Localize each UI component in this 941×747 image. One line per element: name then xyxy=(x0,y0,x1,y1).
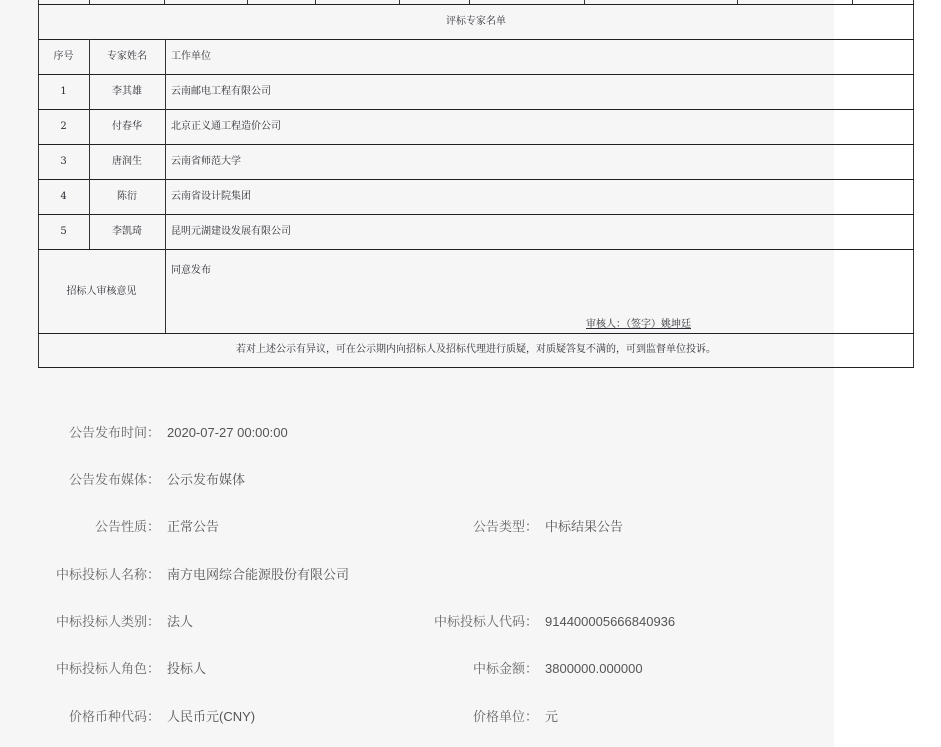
table-border-right xyxy=(913,0,914,368)
review-opinion: 同意发布 xyxy=(171,265,211,277)
row-employer: 云南省设计院集团 xyxy=(171,191,251,203)
col-divider-seq xyxy=(89,39,90,249)
objection-notice: 若对上述公示有异议，可在公示期内向招标人及招标代理进行质疑，对质疑答复不满的，可… xyxy=(38,344,914,356)
row-employer: 云南邮电工程有限公司 xyxy=(171,86,271,98)
col-divider-name xyxy=(165,39,166,333)
type-value: 中标结果公告 xyxy=(545,519,623,535)
reviewer-signature: 审核人：（签字）姚坤廷 xyxy=(586,319,691,331)
publish-time-label: 公告发布时间： xyxy=(69,425,160,441)
currency-code-label: 价格币种代码： xyxy=(69,709,160,725)
winner-name-value: 南方电网综合能源股份有限公司 xyxy=(167,567,349,583)
publish-media-label: 公告发布媒体： xyxy=(69,472,160,488)
price-unit-label: 价格单位： xyxy=(473,709,538,725)
row-rule xyxy=(38,249,914,250)
nature-value: 正常公告 xyxy=(167,519,219,535)
row-rule xyxy=(38,367,914,368)
winner-role-label: 中标投标人角色： xyxy=(56,661,160,677)
row-seq: 2 xyxy=(38,121,89,133)
winner-code-value: 914400005666840936 xyxy=(545,614,675,630)
type-label: 公告类型： xyxy=(473,519,538,535)
publish-time-value: 2020-07-27 00:00:00 xyxy=(167,425,288,441)
row-name: 唐润生 xyxy=(89,156,165,168)
row-name: 李凯琦 xyxy=(89,226,165,238)
header-employer: 工作单位 xyxy=(171,51,211,63)
currency-code-value: 人民币元(CNY) xyxy=(167,709,255,725)
header-name: 专家姓名 xyxy=(89,51,165,63)
row-seq: 3 xyxy=(38,156,89,168)
row-employer: 北京正义通工程造价公司 xyxy=(171,121,281,133)
row-rule xyxy=(38,333,914,334)
winner-role-value: 投标人 xyxy=(167,661,206,677)
row-name: 付春华 xyxy=(89,121,165,133)
row-rule xyxy=(38,74,914,75)
table-title: 评标专家名单 xyxy=(38,16,914,28)
page: 评标专家名单 序号 专家姓名 工作单位 1 李其雄 云南邮电工程有限公司 2 付… xyxy=(0,0,941,747)
row-seq: 5 xyxy=(38,226,89,238)
price-unit-value: 元 xyxy=(545,709,558,725)
nature-label: 公告性质： xyxy=(95,519,160,535)
bid-amount-value: 3800000.000000 xyxy=(545,661,643,677)
review-label: 招标人审核意见 xyxy=(38,286,165,298)
bid-amount-label: 中标金额： xyxy=(473,661,538,677)
row-name: 陈衍 xyxy=(89,191,165,203)
winner-code-label: 中标投标人代码： xyxy=(434,614,538,630)
row-rule xyxy=(38,179,914,180)
winner-category-label: 中标投标人类别： xyxy=(56,614,160,630)
row-rule xyxy=(38,214,914,215)
row-rule xyxy=(38,144,914,145)
row-seq: 4 xyxy=(38,191,89,203)
row-rule xyxy=(38,4,914,5)
publish-media-value: 公示发布媒体 xyxy=(167,472,245,488)
expert-list-table: 评标专家名单 序号 专家姓名 工作单位 1 李其雄 云南邮电工程有限公司 2 付… xyxy=(38,0,914,368)
row-employer: 云南省师范大学 xyxy=(171,156,241,168)
winner-category-value: 法人 xyxy=(167,614,193,630)
row-rule xyxy=(38,39,914,40)
row-name: 李其雄 xyxy=(89,86,165,98)
row-rule xyxy=(38,109,914,110)
winner-name-label: 中标投标人名称： xyxy=(56,567,160,583)
header-seq: 序号 xyxy=(38,51,89,63)
row-employer: 昆明元湖建设发展有限公司 xyxy=(171,226,291,238)
row-seq: 1 xyxy=(38,86,89,98)
